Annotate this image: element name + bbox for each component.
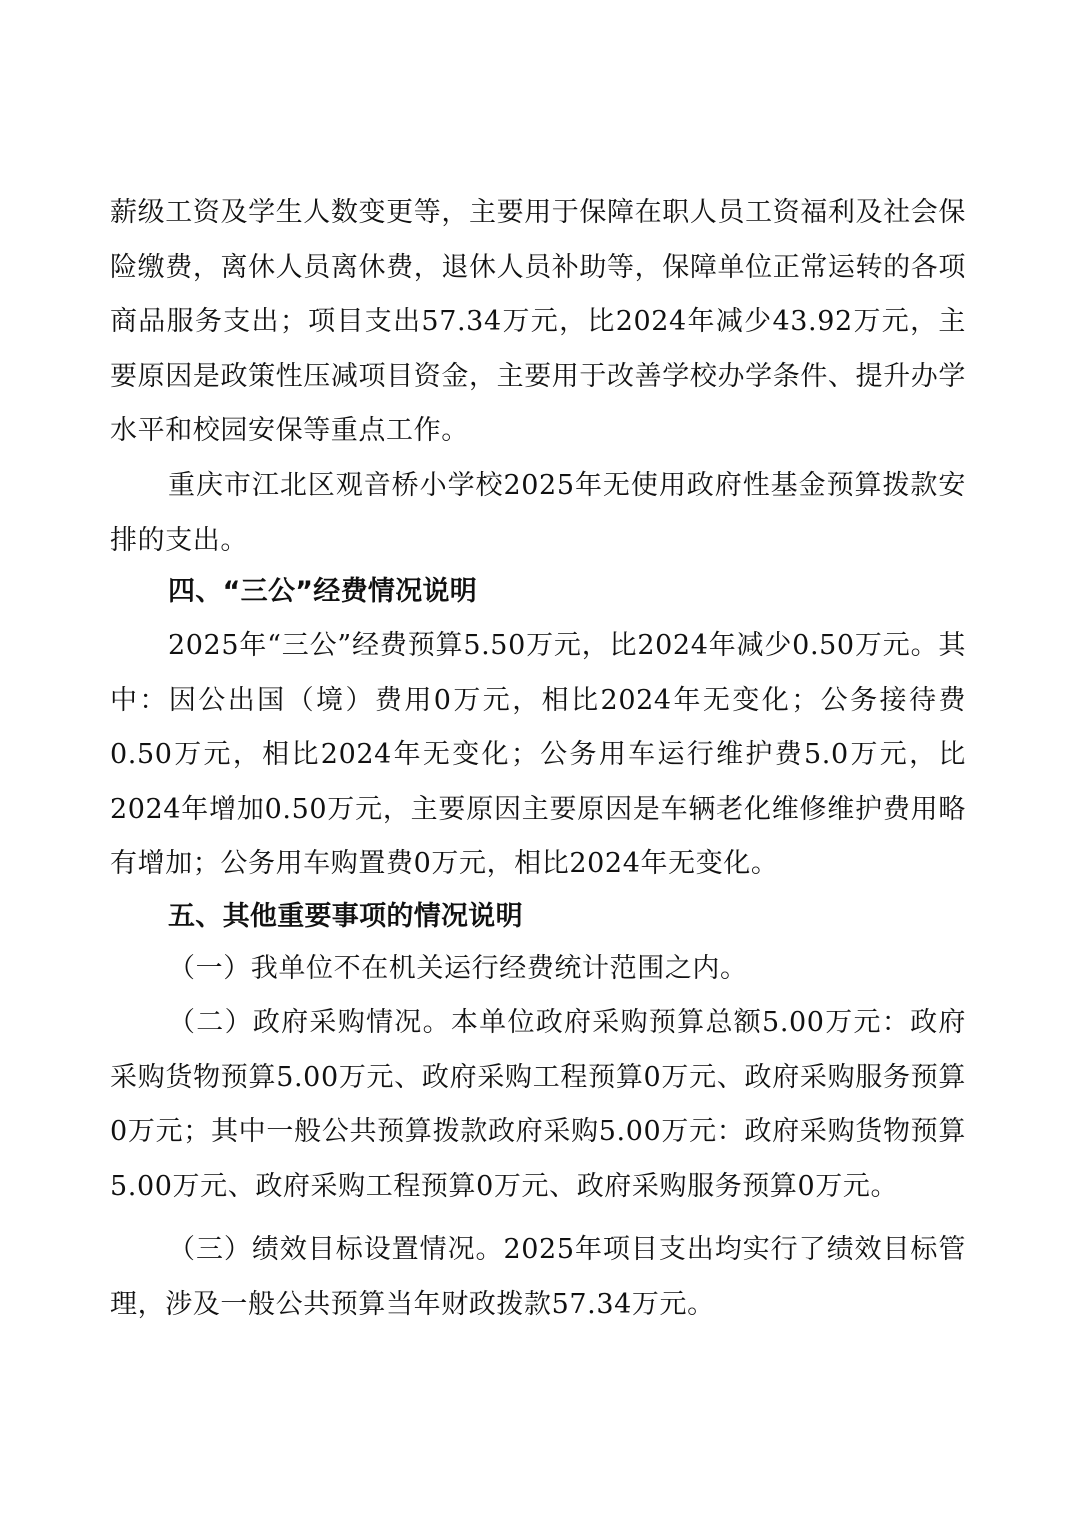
paragraph-text: 薪级工资及学生人数变更等，主要用于保障在职人员工资福利及社会保险缴费，离休人员离… xyxy=(110,186,966,459)
item-one-paragraph: （一）我单位不在机关运行经费统计范围之内。 xyxy=(110,942,966,997)
item-three-performance-paragraph: （三）绩效目标设置情况。2025年项目支出均实行了绩效目标管理，涉及一般公共预算… xyxy=(110,1223,966,1332)
paragraph-text: （二）政府采购情况。本单位政府采购预算总额5.00万元：政府采购货物预算5.00… xyxy=(110,996,966,1214)
paragraph-text: （一）我单位不在机关运行经费统计范围之内。 xyxy=(110,942,966,997)
budget-expenditure-paragraph: 薪级工资及学生人数变更等，主要用于保障在职人员工资福利及社会保险缴费，离休人员离… xyxy=(110,186,966,459)
item-two-procurement-paragraph: （二）政府采购情况。本单位政府采购预算总额5.00万元：政府采购货物预算5.00… xyxy=(110,996,966,1214)
section-heading-four: 四、“三公”经费情况说明 xyxy=(110,565,966,619)
three-public-expenses-paragraph: 2025年“三公”经费预算5.50万元，比2024年减少0.50万元。其中：因公… xyxy=(110,619,966,892)
government-fund-paragraph: 重庆市江北区观音桥小学校2025年无使用政府性基金预算拨款安排的支出。 xyxy=(110,459,966,568)
paragraph-text: 2025年“三公”经费预算5.50万元，比2024年减少0.50万元。其中：因公… xyxy=(110,619,966,892)
paragraph-text: 重庆市江北区观音桥小学校2025年无使用政府性基金预算拨款安排的支出。 xyxy=(110,459,966,568)
section-heading-five: 五、其他重要事项的情况说明 xyxy=(110,890,966,944)
paragraph-text: （三）绩效目标设置情况。2025年项目支出均实行了绩效目标管理，涉及一般公共预算… xyxy=(110,1223,966,1332)
heading-text: 五、其他重要事项的情况说明 xyxy=(110,890,966,944)
heading-text: 四、“三公”经费情况说明 xyxy=(110,565,966,619)
